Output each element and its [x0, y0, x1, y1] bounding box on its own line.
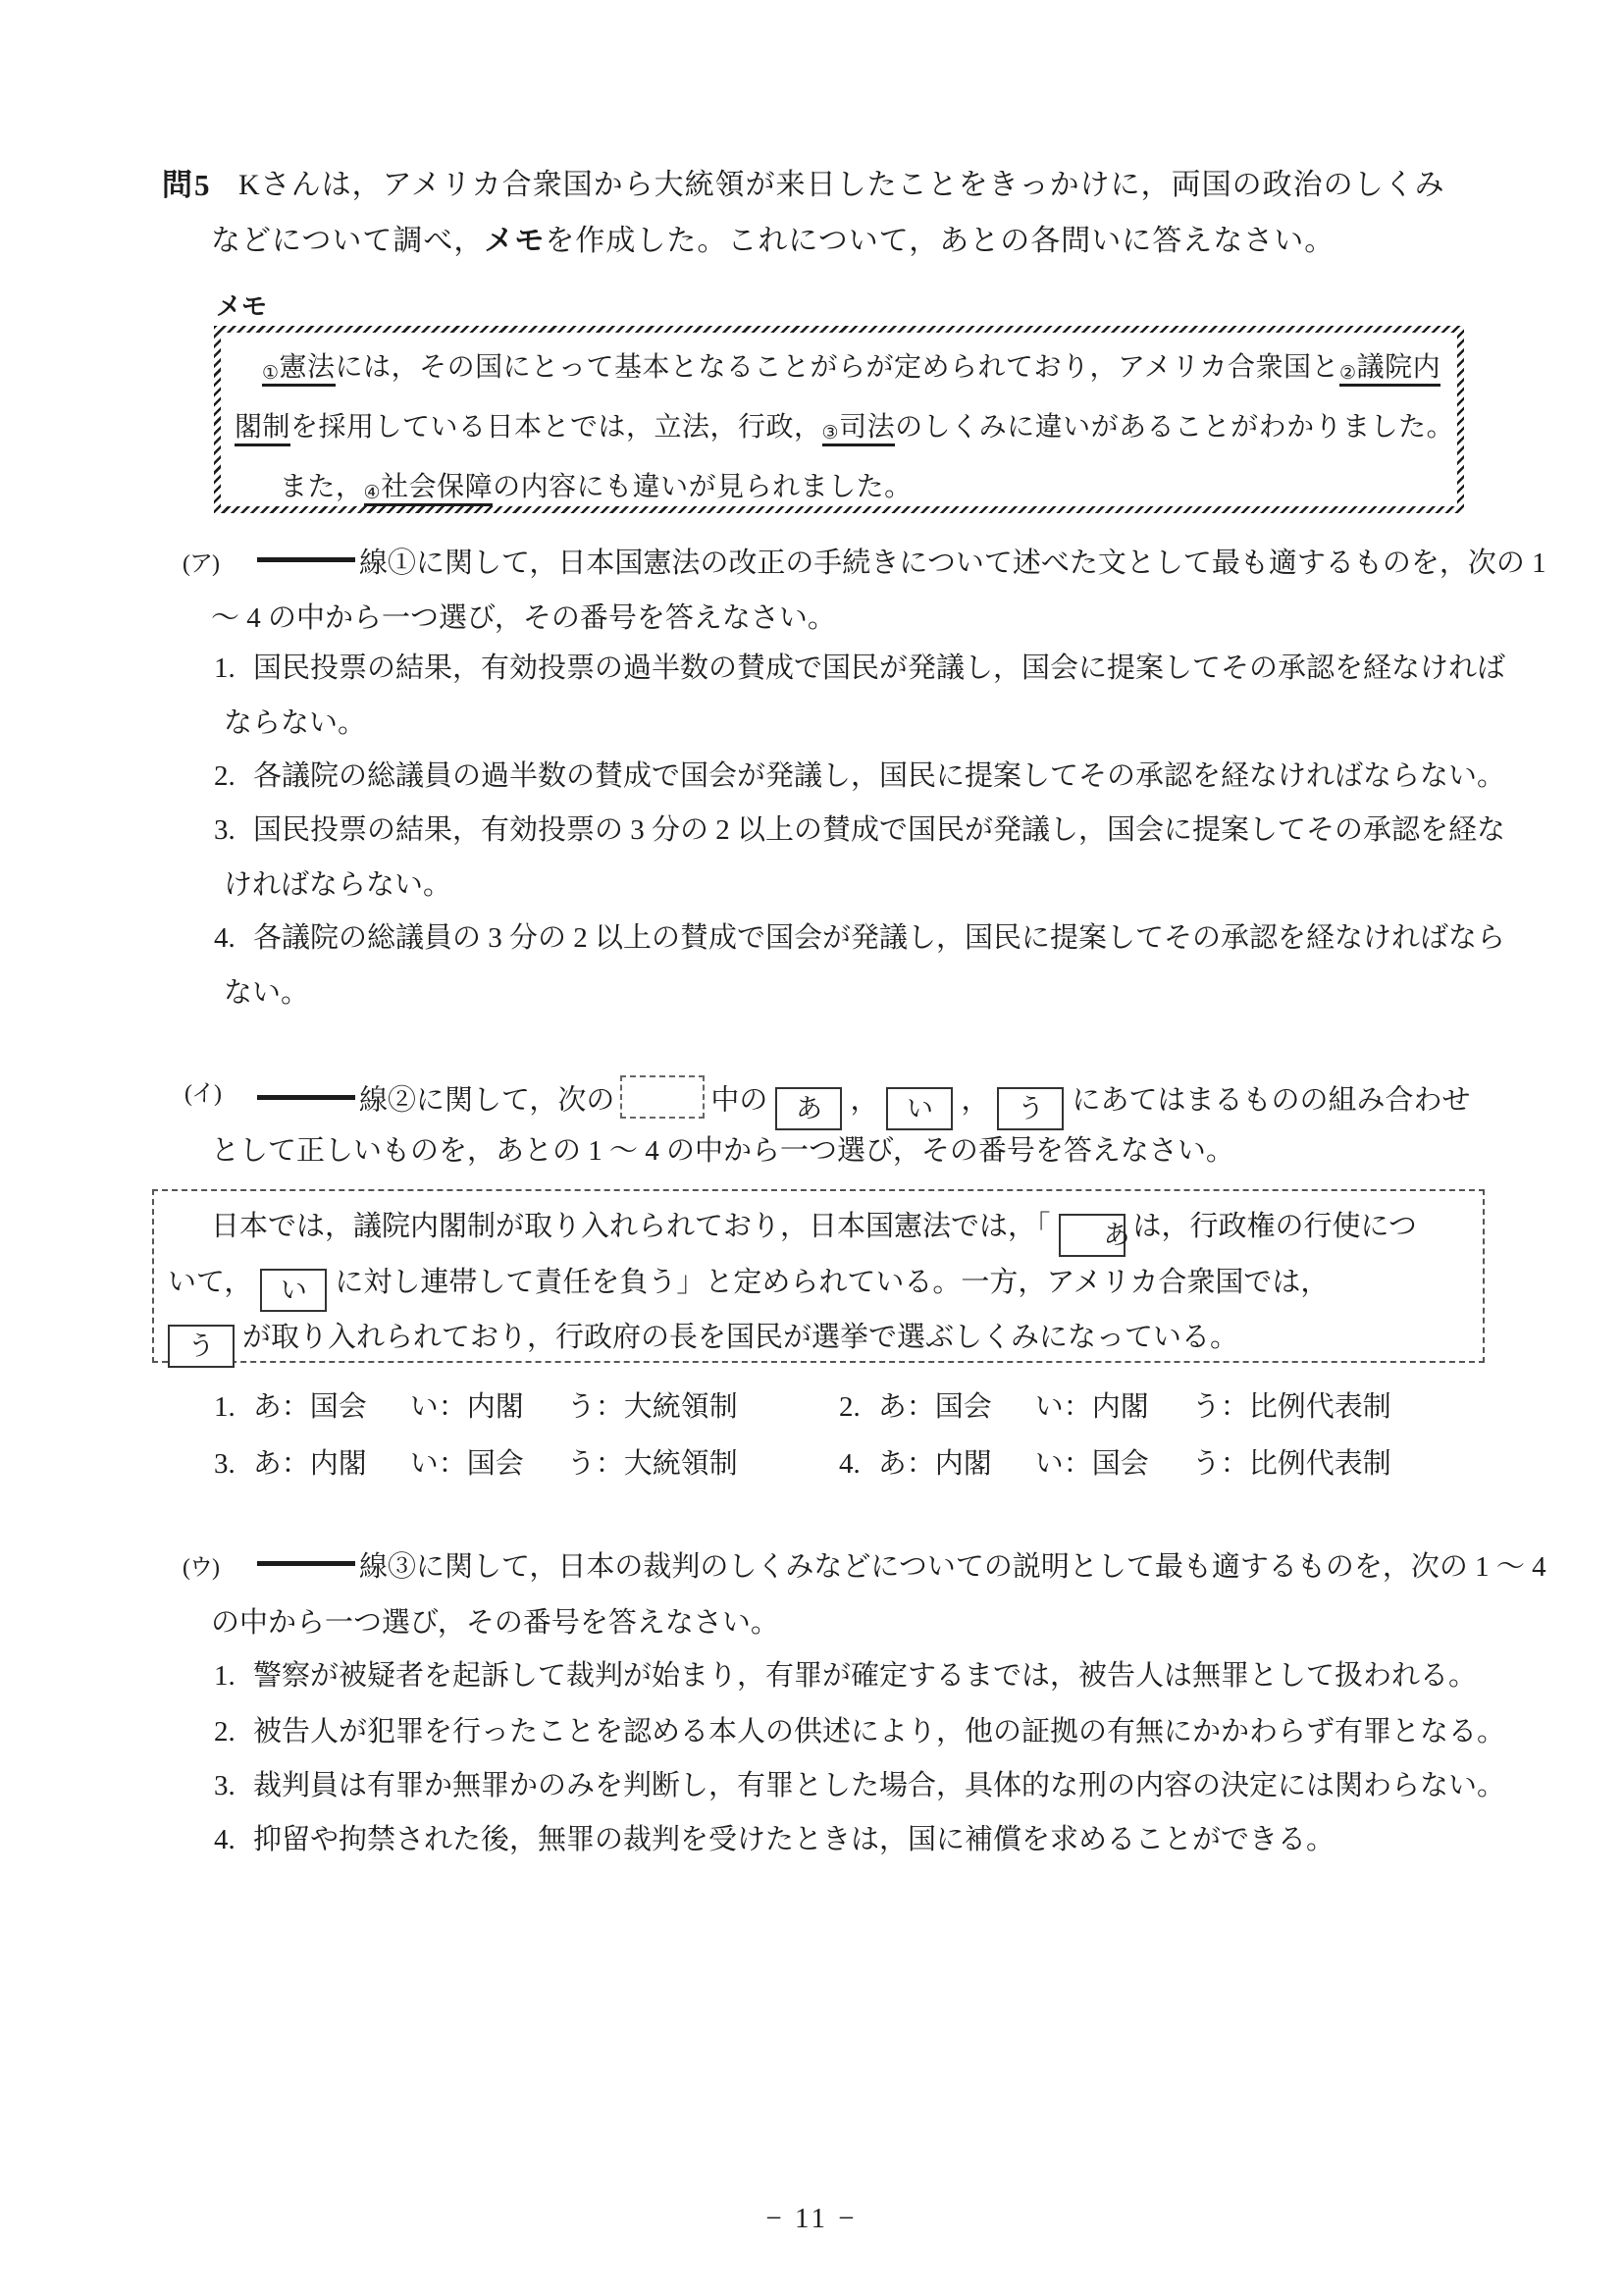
option-i4: 4.あ：内閣い：国会う：比例代表制	[839, 1446, 1391, 1482]
option-a4-line2: ない。	[224, 975, 309, 1011]
circled-4-mark: ④	[364, 483, 382, 503]
sub-question-a-header-line2: ～ 4 の中から一つ選び，その番号を答えなさい。	[211, 600, 836, 636]
option-i1-i: い：内閣	[410, 1391, 524, 1423]
sub-question-i-header-line1: 線②に関して，次の中のあ，い，うにあてはまるものの組み合わせ	[257, 1075, 1470, 1130]
option-a1-line2: ならない。	[224, 705, 366, 741]
dashed-blank-box	[620, 1075, 705, 1119]
question-5-label: 問5	[162, 167, 212, 205]
option-u2-number: 2.	[214, 1714, 236, 1749]
option-i3: 3.あ：内閣い：国会う：大統領制	[214, 1446, 738, 1482]
option-i1-u: う：大統領制	[567, 1391, 738, 1423]
page-number: − 11 −	[0, 2203, 1623, 2235]
option-u1-line1: 警察が被疑者を起訴して裁判が始まり，有罪が確定するまでは，被告人は無罪として扱わ…	[253, 1658, 1477, 1694]
option-i4-a: あ：内閣	[878, 1448, 992, 1480]
exam-page: 問5 Kさんは，アメリカ合衆国から大統領が来日したことをきっかけに，両国の政治の…	[0, 0, 1623, 2296]
question-5-line2-pre: などについて調べ，	[211, 225, 484, 257]
sub-question-i-header-text3: にあてはまるものの組み合わせ	[1072, 1085, 1470, 1117]
option-u2-line1: 被告人が犯罪を行ったことを認める本人の供述により，他の証拠の有無にかかわらず有罪…	[253, 1714, 1505, 1749]
option-i3-a: あ：内閣	[253, 1448, 367, 1480]
memo-line-2: 閣制を採用している日本とでは，立法，行政，③司法のしくみに違いがあることがわかり…	[235, 400, 1441, 460]
option-a2-line1: 各議院の総議員の過半数の賛成で国会が発議し，国民に提案してその承認を経なければな…	[253, 758, 1505, 794]
memo-underline-kenpou: 憲法	[280, 352, 336, 383]
memo-text-3: のしくみに違いがあることがわかりました。	[895, 412, 1454, 443]
sub-question-a-header-text: 線①に関して，日本国憲法の改正の手続きについて述べた文として最も適するものを，次…	[359, 548, 1546, 579]
option-i4-number: 4.	[839, 1448, 861, 1480]
memo-emphasis: メモ	[484, 225, 545, 257]
sub-question-u-header-text: 線③に関して，日本の裁判のしくみなどについての説明として最も適するものを，次の …	[359, 1551, 1546, 1583]
sub-question-a-label: (ア)	[183, 549, 219, 579]
option-i3-number: 3.	[214, 1448, 236, 1480]
passage-box: 日本では，議院内閣制が取り入れられており，日本国憲法では，「あは，行政権の行使に…	[152, 1189, 1485, 1363]
question-5-line2: などについて調べ，メモを作成した。これについて，あとの各問いに答えなさい。	[211, 223, 1335, 260]
sub-question-u-header-line2: の中から一つ選び，その番号を答えなさい。	[211, 1605, 779, 1641]
option-i1: 1.あ：国会い：内閣う：大統領制	[214, 1389, 738, 1425]
circled-1-mark: ①	[262, 363, 280, 384]
passage-text-4: に対し連帯して責任を負う」と定められている。一方，アメリカ合衆国では，	[335, 1267, 1329, 1298]
option-u4-number: 4.	[214, 1822, 236, 1857]
memo-text-1: には，その国にとって基本となることがらが定められており，アメリカ合衆国と	[336, 352, 1339, 383]
sub-question-u-label: (ウ)	[183, 1553, 219, 1583]
option-u4-line1: 抑留や拘禁された後，無罪の裁判を受けたときは，国に補償を求めることができる。	[253, 1822, 1335, 1857]
passage-line-1: 日本では，議院内閣制が取り入れられており，日本国憲法では，「あは，行政権の行使に…	[168, 1201, 1469, 1257]
choice-box-a: あ	[775, 1087, 842, 1130]
passage-line-3: うが取り入れられており，行政府の長を国民が選挙で選ぶしくみになっている。	[168, 1312, 1469, 1368]
circled-3-mark: ③	[822, 423, 840, 444]
option-a3-number: 3.	[214, 812, 236, 848]
passage-line-2: いて，いに対し連帯して責任を負う」と定められている。一方，アメリカ合衆国では，	[168, 1257, 1469, 1313]
option-a1-line1: 国民投票の結果，有効投票の過半数の賛成で国民が発議し，国会に提案してその承認を経…	[253, 651, 1505, 686]
memo-label: メモ	[216, 290, 267, 323]
option-a4-number: 4.	[214, 920, 236, 956]
choice-box-i: い	[260, 1269, 327, 1312]
sub-question-u-header-line1: 線③に関して，日本の裁判のしくみなどについての説明として最も適するものを，次の …	[257, 1549, 1546, 1585]
memo-box-inner: ①憲法には，その国にとって基本となることがらが定められており，アメリカ合衆国と②…	[221, 333, 1457, 506]
solid-line-mark	[257, 1561, 355, 1566]
memo-underline-giinnai: 議院内	[1357, 352, 1441, 383]
option-a3-line2: ければならない。	[224, 867, 451, 903]
sub-question-i-header-line2: として正しいものを，あとの 1 ～ 4 の中から一つ選び，その番号を答えなさい。	[211, 1133, 1234, 1169]
option-a4-line1: 各議院の総議員の 3 分の 2 以上の賛成で国会が発議し，国民に提案してその承認…	[253, 920, 1505, 956]
memo-line-1: ①憲法には，その国にとって基本となることがらが定められており，アメリカ合衆国と②…	[235, 340, 1441, 400]
option-i4-u: う：比例代表制	[1192, 1448, 1391, 1480]
memo-text-4: また，	[280, 472, 364, 502]
option-i3-i: い：国会	[410, 1448, 524, 1480]
memo-text-5: の内容にも違いが見られました。	[493, 472, 913, 502]
passage-text-5: が取り入れられており，行政府の長を国民が選挙で選ぶしくみになっている。	[242, 1322, 1238, 1353]
option-a2-number: 2.	[214, 758, 236, 794]
choice-box-a: あ	[1059, 1214, 1126, 1257]
option-i3-u: う：大統領制	[567, 1448, 738, 1480]
memo-underline-shihou: 司法	[839, 412, 895, 443]
sub-question-i-header-text1: 線②に関して，次の	[359, 1085, 614, 1117]
choice-box-u: う	[997, 1087, 1064, 1130]
option-i2: 2.あ：国会い：内閣う：比例代表制	[839, 1389, 1391, 1425]
question-5-line1: Kさんは，アメリカ合衆国から大統領が来日したことをきっかけに，両国の政治のしくみ	[238, 167, 1445, 204]
option-a3-line1: 国民投票の結果，有効投票の 3 分の 2 以上の賛成で国民が発議し，国会に提案し…	[253, 812, 1505, 848]
solid-line-mark	[257, 557, 355, 562]
option-i2-a: あ：国会	[878, 1391, 992, 1423]
memo-underline-kakusei: 閣制	[235, 412, 290, 446]
sub-question-i-header-text2: 中の	[710, 1085, 767, 1117]
option-i2-number: 2.	[839, 1391, 861, 1423]
option-u3-line1: 裁判員は有罪か無罪かのみを判断し，有罪とした場合，具体的な刑の内容の決定には関わ…	[253, 1768, 1505, 1803]
option-u3-number: 3.	[214, 1768, 236, 1803]
memo-underline-shakaihoshou: 社会保障	[381, 472, 493, 502]
sub-question-i-label: (イ)	[184, 1079, 221, 1109]
question-5-line2-post: を作成した。これについて，あとの各問いに答えなさい。	[545, 225, 1335, 257]
option-i2-i: い：内閣	[1035, 1391, 1149, 1423]
option-i1-a: あ：国会	[253, 1391, 367, 1423]
option-i4-i: い：国会	[1035, 1448, 1149, 1480]
solid-line-mark	[257, 1095, 355, 1100]
comma-separator: ，	[850, 1085, 878, 1117]
choice-box-i: い	[886, 1087, 953, 1130]
sub-question-a-header-line1: 線①に関して，日本国憲法の改正の手続きについて述べた文として最も適するものを，次…	[257, 546, 1546, 581]
option-i2-u: う：比例代表制	[1192, 1391, 1391, 1423]
memo-line-3: また，④社会保障の内容にも違いが見られました。	[235, 460, 1441, 520]
option-a1-number: 1.	[214, 651, 236, 686]
circled-2-mark: ②	[1339, 363, 1357, 384]
memo-box: ①憲法には，その国にとって基本となることがらが定められており，アメリカ合衆国と②…	[214, 326, 1464, 513]
option-u1-number: 1.	[214, 1658, 236, 1694]
passage-text-2: は，行政権の行使につ	[1133, 1211, 1417, 1242]
comma-separator: ，	[961, 1085, 989, 1117]
memo-text-2: を採用している日本とでは，立法，行政，	[290, 412, 822, 443]
choice-box-u: う	[168, 1325, 235, 1368]
passage-text-3: いて，	[168, 1267, 252, 1298]
option-i1-number: 1.	[214, 1391, 236, 1423]
passage-text-1: 日本では，議院内閣制が取り入れられており，日本国憲法では，「	[211, 1211, 1051, 1242]
